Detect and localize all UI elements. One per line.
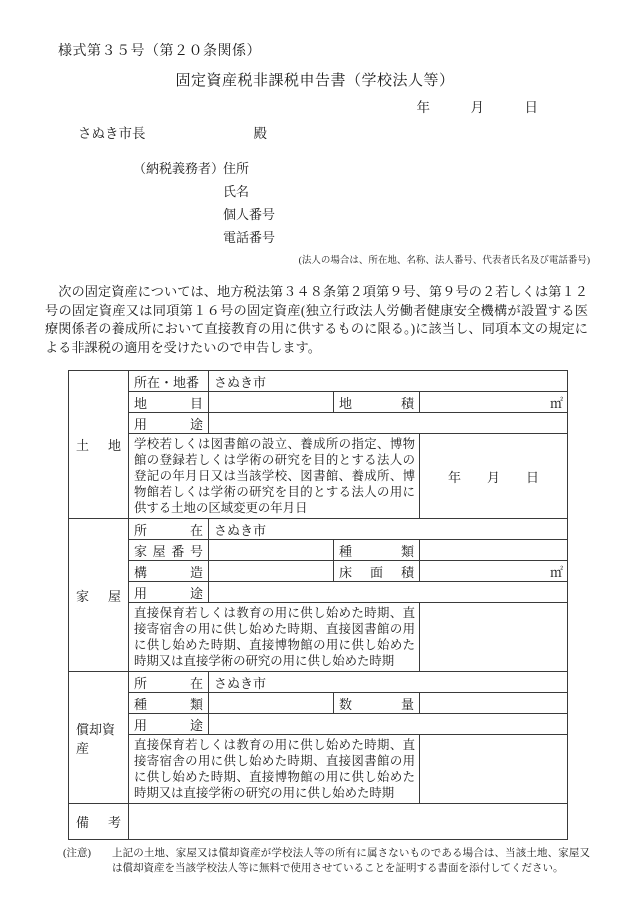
depreciable-period-row: 直接保育若しくは教育の用に供し始めた時期、直接寄宿舎の用に供し始めた時期、直接図… — [69, 735, 568, 804]
building-number-label-cell: 家屋番号 — [129, 540, 209, 561]
depreciable-section-label: 償却資産 — [76, 719, 121, 757]
building-floor-area-label: 床面積 — [339, 562, 414, 581]
date-line: 年 月 日 — [417, 96, 539, 116]
building-structure-label-cell: 構造 — [129, 561, 209, 582]
land-category-label-cell: 地目 — [129, 392, 209, 413]
land-use-value-cell — [209, 413, 568, 434]
land-area-value-cell: ㎡ — [420, 392, 568, 413]
land-use-row: 用途 — [69, 413, 568, 434]
building-location-label: 所在 — [134, 520, 203, 539]
building-section-label: 家屋 — [76, 586, 121, 605]
declaration-paragraph: 次の固定資産については、地方税法第３４８条第２項第９号、第９号の２若しくは第１２… — [45, 283, 588, 357]
land-area-label: 地積 — [339, 393, 414, 412]
depreciable-kind-label: 種類 — [134, 694, 203, 713]
remarks-value-cell — [129, 804, 568, 840]
building-kind-label: 種類 — [339, 541, 414, 560]
building-section-label-cell: 家屋 — [69, 519, 129, 672]
property-table: 土地 所在・地番 さぬき市 地目 地積 ㎡ 用途 — [68, 370, 568, 840]
corporate-note: (法人の場合は、所在地、名称、法人番号、代表者氏名及び電話番号) — [299, 252, 590, 266]
depreciable-quantity-value-cell — [420, 693, 568, 714]
land-location-value: さぬき市 — [209, 371, 568, 392]
land-location-label: 所在・地番 — [134, 372, 203, 391]
building-period-value-cell — [420, 603, 568, 672]
depreciable-location-value: さぬき市 — [209, 672, 568, 693]
depreciable-use-label-cell: 用途 — [129, 714, 209, 735]
footnote-label: (注意) — [63, 846, 100, 861]
taxpayer-name-label: 氏名 — [223, 180, 275, 203]
building-structure-value-cell — [209, 561, 334, 582]
taxpayer-fields: 住所 氏名 個人番号 電話番号 — [223, 157, 275, 249]
land-registration-text: 学校若しくは図書館の設立、養成所の指定、博物館の登録若しくは学術の研究を目的とす… — [129, 434, 420, 519]
building-floor-area-label-cell: 床面積 — [334, 561, 420, 582]
building-location-row: 家屋 所在 さぬき市 — [69, 519, 568, 540]
depreciable-quantity-label: 数量 — [339, 694, 414, 713]
document-page: 様式第３５号（第２０条関係） 固定資産税非課税申告書（学校法人等） 年 月 日 … — [0, 0, 630, 903]
addressee-name: さぬき市長 — [78, 122, 146, 142]
depreciable-location-label: 所在 — [134, 673, 203, 692]
building-structure-row: 構造 床面積 ㎡ — [69, 561, 568, 582]
land-location-row: 土地 所在・地番 さぬき市 — [69, 371, 568, 392]
building-use-label-cell: 用途 — [129, 582, 209, 603]
footnote: (注意) 上記の土地、家屋又は償却資産が学校法人等の所有に属さないものである場合… — [63, 846, 630, 876]
land-location-label-cell: 所在・地番 — [129, 371, 209, 392]
building-location-value: さぬき市 — [209, 519, 568, 540]
building-period-text: 直接保育若しくは教育の用に供し始めた時期、直接寄宿舎の用に供し始めた時期、直接図… — [129, 603, 420, 672]
taxpayer-phone-number-label: 電話番号 — [223, 226, 275, 249]
building-number-label: 家屋番号 — [134, 541, 203, 560]
depreciable-kind-row: 種類 数量 — [69, 693, 568, 714]
land-category-value-cell — [209, 392, 334, 413]
building-use-row: 用途 — [69, 582, 568, 603]
depreciable-period-text: 直接保育若しくは教育の用に供し始めた時期、直接寄宿舎の用に供し始めた時期、直接図… — [129, 735, 420, 804]
depreciable-location-label-cell: 所在 — [129, 672, 209, 693]
building-use-value-cell — [209, 582, 568, 603]
building-number-value-cell — [209, 540, 334, 561]
depreciable-use-row: 用途 — [69, 714, 568, 735]
depreciable-use-label: 用途 — [134, 715, 203, 734]
land-use-label: 用途 — [134, 414, 203, 433]
building-kind-value-cell — [420, 540, 568, 561]
land-category-row: 地目 地積 ㎡ — [69, 392, 568, 413]
footnote-text: 上記の土地、家屋又は償却資産が学校法人等の所有に属さないものである場合は、当該土… — [112, 846, 590, 876]
remarks-label: 備考 — [76, 812, 121, 831]
depreciable-use-value-cell — [209, 714, 568, 735]
building-floor-area-value-cell: ㎡ — [420, 561, 568, 582]
depreciable-location-row: 償却資産 所在 さぬき市 — [69, 672, 568, 693]
building-kind-label-cell: 種類 — [334, 540, 420, 561]
depreciable-quantity-label-cell: 数量 — [334, 693, 420, 714]
remarks-row: 備考 — [69, 804, 568, 840]
land-section-label-cell: 土地 — [69, 371, 129, 519]
remarks-label-cell: 備考 — [69, 804, 129, 840]
depreciable-kind-value-cell — [209, 693, 334, 714]
form-number: 様式第３５号（第２０条関係） — [58, 40, 630, 60]
taxpayer-heading: （納税義務者） — [133, 157, 219, 180]
addressee-honorific: 殿 — [254, 122, 268, 142]
land-section-label: 土地 — [76, 435, 121, 454]
land-use-label-cell: 用途 — [129, 413, 209, 434]
land-registration-row: 学校若しくは図書館の設立、養成所の指定、博物館の登録若しくは学術の研究を目的とす… — [69, 434, 568, 519]
depreciable-section-label-cell: 償却資産 — [69, 672, 129, 804]
addressee-row: さぬき市長 殿 — [78, 122, 630, 142]
document-title: 固定資産税非課税申告書（学校法人等） — [0, 69, 630, 90]
land-registration-date-cell: 年 月 日 — [420, 434, 568, 519]
depreciable-period-value-cell — [420, 735, 568, 804]
building-period-row: 直接保育若しくは教育の用に供し始めた時期、直接寄宿舎の用に供し始めた時期、直接図… — [69, 603, 568, 672]
depreciable-kind-label-cell: 種類 — [129, 693, 209, 714]
taxpayer-block: （納税義務者） 住所 氏名 個人番号 電話番号 — [133, 157, 630, 249]
taxpayer-address-label: 住所 — [223, 157, 275, 180]
land-category-label: 地目 — [134, 393, 203, 412]
land-area-label-cell: 地積 — [334, 392, 420, 413]
building-use-label: 用途 — [134, 583, 203, 602]
taxpayer-personal-number-label: 個人番号 — [223, 203, 275, 226]
building-number-row: 家屋番号 種類 — [69, 540, 568, 561]
building-location-label-cell: 所在 — [129, 519, 209, 540]
building-structure-label: 構造 — [134, 562, 203, 581]
